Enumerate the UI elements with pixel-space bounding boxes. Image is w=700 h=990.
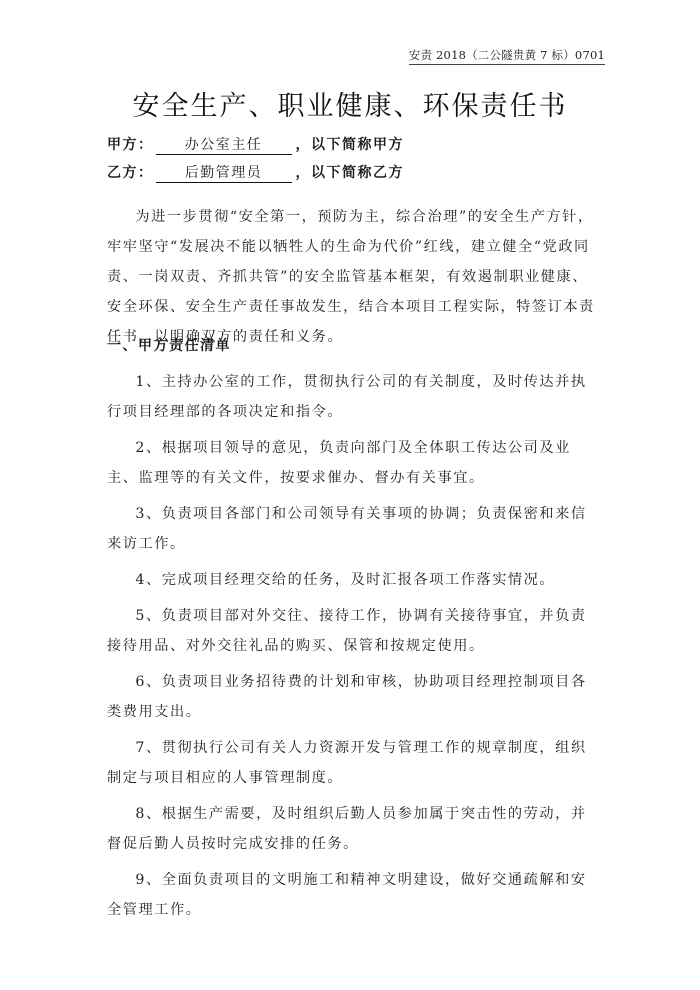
party-a-label: 甲方： <box>107 134 154 154</box>
duty-item: 3、负责项目各部门和公司领导有关事项的协调；负责保密和来信来访工作。 <box>107 499 597 559</box>
section-heading-party-a-duties: 一、甲方责任清单 <box>107 335 231 355</box>
party-a-value: 办公室主任 <box>156 134 292 155</box>
document-code: 安责 2018（二公隧贵黄 7 标）0701 <box>409 47 605 65</box>
duty-item: 2、根据项目领导的意见，负责向部门及全体职工传达公司及业主、监理等的有关文件，按… <box>107 433 597 493</box>
duty-item: 5、负责项目部对外交往、接待工作，协调有关接待事宜，并负责接待用品、对外交往礼品… <box>107 601 597 661</box>
duty-item: 7、贯彻执行公司有关人力资源开发与管理工作的规章制度，组织制定与项目相应的人事管… <box>107 733 597 793</box>
duty-item: 9、全面负责项目的文明施工和精神文明建设，做好交通疏解和安全管理工作。 <box>107 865 597 925</box>
party-b-suffix: ，以下简称乙方 <box>296 162 405 182</box>
duty-item: 8、根据生产需要，及时组织后勤人员参加属于突击性的劳动，并督促后勤人员按时完成安… <box>107 799 597 859</box>
document-title: 安全生产、职业健康、环保责任书 <box>0 84 700 123</box>
duty-item: 6、负责项目业务招待费的计划和审核，协助项目经理控制项目各类费用支出。 <box>107 667 597 727</box>
duty-item: 1、主持办公室的工作，贯彻执行公司的有关制度，及时传达并执行项目经理部的各项决定… <box>107 367 597 427</box>
party-a-suffix: ，以下简称甲方 <box>296 134 405 154</box>
intro-block: 为进一步贯彻“安全第一，预防为主，综合治理”的安全生产方针，牢牢坚守“发展决不能… <box>107 202 597 352</box>
party-a-line: 甲方： 办公室主任 ，以下简称甲方 <box>107 134 404 155</box>
duty-item: 4、完成项目经理交给的任务，及时汇报各项工作落实情况。 <box>107 565 597 595</box>
party-b-label: 乙方： <box>107 162 154 182</box>
duty-list: 1、主持办公室的工作，贯彻执行公司的有关制度，及时传达并执行项目经理部的各项决定… <box>107 367 597 931</box>
party-b-value: 后勤管理员 <box>156 162 292 183</box>
party-b-line: 乙方： 后勤管理员 ，以下简称乙方 <box>107 162 404 183</box>
intro-paragraph: 为进一步贯彻“安全第一，预防为主，综合治理”的安全生产方针，牢牢坚守“发展决不能… <box>107 202 597 352</box>
